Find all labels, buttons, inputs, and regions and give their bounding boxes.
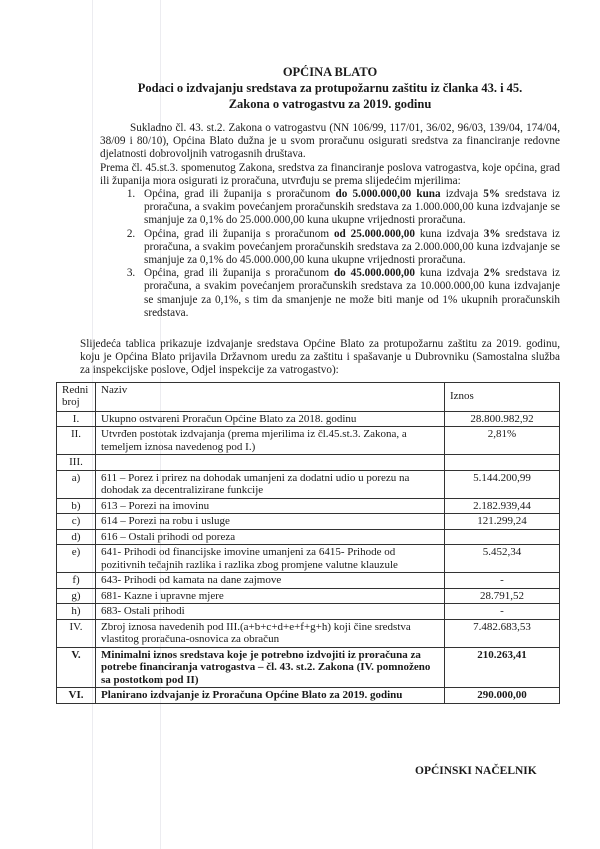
row-description: 613 – Porezi na imovinu [96,498,445,514]
row-number: c) [57,514,96,530]
row-number: h) [57,604,96,620]
row-number: f) [57,573,96,589]
row-description: Minimalni iznos sredstava koje je potreb… [96,647,445,688]
row-description: 683- Ostali prihodi [96,604,445,620]
table-row: c)614 – Porezi na robu i usluge121.299,2… [57,514,560,530]
criteria-list: Općina, grad ili županija s proračunom d… [100,188,560,320]
document-page: OPĆINA BLATO Podaci o izdvajanju sredsta… [100,64,560,704]
table-header-row: Redni broj Naziv Iznos [57,382,560,411]
table-row: VI.Planirano izdvajanje iz Proračuna Opć… [57,688,560,704]
row-amount: 290.000,00 [445,688,560,704]
row-number: II. [57,427,96,455]
criteria-emphasis: do 45.000.000,00 [334,267,415,279]
table-row: IV.Zbroj iznosa navedenih pod III.(a+b+c… [57,619,560,647]
criteria-text: kuna izdvaja [415,267,484,279]
row-description: 616 – Ostali prihodi od poreza [96,529,445,545]
row-amount: 210.263,41 [445,647,560,688]
row-amount: 28.791,52 [445,588,560,604]
table-row: I.Ukupno ostvareni Proračun Općine Blato… [57,411,560,427]
row-number: IV. [57,619,96,647]
row-amount [445,529,560,545]
criteria-text: kuna izdvaja [415,228,484,240]
criteria-text: Općina, grad ili županija s proračunom [144,228,334,240]
row-number: g) [57,588,96,604]
criteria-emphasis: 5% [483,188,500,200]
criteria-text: Općina, grad ili županija s proračunom [144,188,336,200]
table-row: h)683- Ostali prihodi- [57,604,560,620]
criteria-text: Općina, grad ili županija s proračunom [144,267,334,279]
row-number: d) [57,529,96,545]
row-number: b) [57,498,96,514]
row-amount: 121.299,24 [445,514,560,530]
row-number: I. [57,411,96,427]
paragraph-legal-basis: Sukladno čl. 43. st.2. Zakona o vatrogas… [100,122,560,162]
table-row: a)611 – Porez i prirez na dohodak umanje… [57,470,560,498]
table-intro: Slijedeća tablica prikazuje izdvajanje s… [80,338,560,378]
criteria-item: Općina, grad ili županija s proračunom d… [138,267,560,320]
row-amount: 2,81% [445,427,560,455]
table-row: b)613 – Porezi na imovinu2.182.939,44 [57,498,560,514]
row-description: Zbroj iznosa navedenih pod III.(a+b+c+d+… [96,619,445,647]
row-number: VI. [57,688,96,704]
allocation-table: Redni broj Naziv Iznos I.Ukupno ostvaren… [56,382,560,704]
criteria-item: Općina, grad ili županija s proračunom d… [138,188,560,228]
row-number: V. [57,647,96,688]
row-number: a) [57,470,96,498]
row-description: Ukupno ostvareni Proračun Općine Blato z… [96,411,445,427]
row-amount: 5.452,34 [445,545,560,573]
table-row: g)681- Kazne i upravne mjere28.791,52 [57,588,560,604]
organization-name: OPĆINA BLATO [100,64,560,80]
criteria-emphasis: 3% [484,228,501,240]
row-number: III. [57,455,96,471]
row-description [96,455,445,471]
signature-title: OPĆINSKI NAČELNIK [415,765,537,777]
table-row: f)643- Prihodi od kamata na dane zajmove… [57,573,560,589]
row-amount: - [445,573,560,589]
criteria-emphasis: od 25.000.000,00 [334,228,415,240]
row-amount: 28.800.982,92 [445,411,560,427]
row-description: 614 – Porezi na robu i usluge [96,514,445,530]
criteria-emphasis: 2% [484,267,501,279]
paragraph-criteria-intro: Prema čl. 45.st.3. spomenutog Zakona, sr… [100,162,560,188]
row-description: 643- Prihodi od kamata na dane zajmove [96,573,445,589]
criteria-emphasis: do 5.000.000,00 kuna [336,188,441,200]
row-description: Utvrđen postotak izdvajanja (prema mjeri… [96,427,445,455]
table-row: d)616 – Ostali prihodi od poreza [57,529,560,545]
header-redni-broj: Redni broj [57,382,96,411]
document-title-line1: Podaci o izdvajanju sredstava za protupo… [100,80,560,96]
document-header: OPĆINA BLATO Podaci o izdvajanju sredsta… [100,64,560,112]
row-description: 681- Kazne i upravne mjere [96,588,445,604]
row-amount: 7.482.683,53 [445,619,560,647]
row-amount: 5.144.200,99 [445,470,560,498]
criteria-text: izdvaja [441,188,484,200]
row-description: 611 – Porez i prirez na dohodak umanjeni… [96,470,445,498]
row-description: 641- Prihodi od financijske imovine uman… [96,545,445,573]
header-iznos: Iznos [445,382,560,411]
row-amount: - [445,604,560,620]
table-row: V.Minimalni iznos sredstava koje je potr… [57,647,560,688]
row-number: e) [57,545,96,573]
row-description: Planirano izdvajanje iz Proračuna Općine… [96,688,445,704]
row-amount: 2.182.939,44 [445,498,560,514]
criteria-item: Općina, grad ili županija s proračunom o… [138,228,560,268]
table-row: e)641- Prihodi od financijske imovine um… [57,545,560,573]
table-row: II.Utvrđen postotak izdvajanja (prema mj… [57,427,560,455]
table-row: III. [57,455,560,471]
header-naziv: Naziv [96,382,445,411]
document-title-line2: Zakona o vatrogastvu za 2019. godinu [100,96,560,112]
row-amount [445,455,560,471]
